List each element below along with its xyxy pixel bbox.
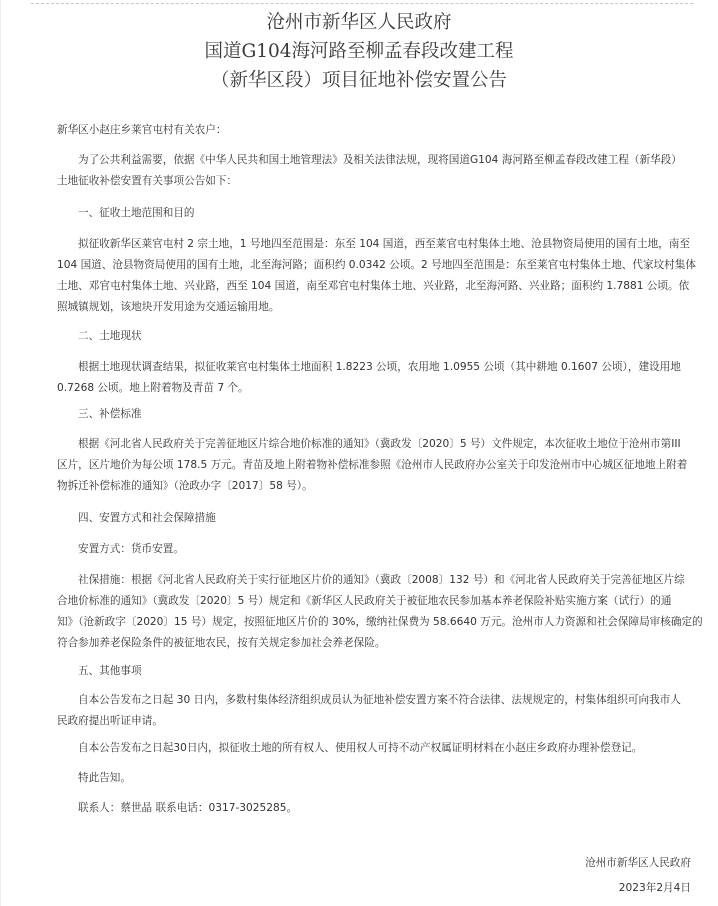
- registration-paragraph: 自本公告发布之日起30日内，拟征收土地的所有权人、使用权人可持不动产权属证明材料…: [57, 738, 693, 759]
- text-line: 照城镇规划，该地块开发用途为交通运输用地。: [57, 297, 693, 318]
- signature-date: 2023年2月4日: [619, 880, 691, 895]
- text-line: 民政府提出听证申请。: [57, 711, 693, 732]
- top-dashed-divider: [31, 3, 693, 4]
- contact-info: 联系人：蔡世晶 联系电话：0317-3025285。: [57, 798, 693, 819]
- text-line: 拟征收新华区莱官屯村 2 宗土地，1 号地四至范围是：东至 104 国道，西至莱…: [57, 234, 693, 255]
- section-4-heading: 四、安置方式和社会保障措施: [57, 508, 693, 529]
- section-1-heading: 一、征收土地范围和目的: [57, 203, 693, 224]
- social-security-paragraph: 社保措施：根据《河北省人民政府关于实行征地区片价的通知》（冀政〔2008〕132…: [57, 570, 693, 654]
- section-3-paragraph: 根据《河北省人民政府关于完善征地区片综合地价标准的通知》（冀政发〔2020〕5 …: [57, 434, 693, 497]
- text-line: 104 国道、沧县物资局使用的国有土地，北至海河路；面积约 0.0342 公顷。…: [57, 255, 693, 276]
- salutation: 新华区小赵庄乡莱官屯村有关农户：: [57, 120, 693, 141]
- text-line: 自本公告发布之日起 30 日内，多数村集体经济组织成员认为征地补偿安置方案不符合…: [57, 690, 693, 711]
- section-1-paragraph: 拟征收新华区莱官屯村 2 宗土地，1 号地四至范围是：东至 104 国道，西至莱…: [57, 234, 693, 318]
- section-3-heading: 三、补偿标准: [57, 404, 693, 425]
- text-line: 土地、邓官屯村集体土地、兴业路，西至 104 国道，南至邓官屯村集体土地、兴业路…: [57, 276, 693, 297]
- text-line: 合地价标准的通知》（冀政发〔2020〕5 号）规定和《新华区人民政府关于被征地农…: [57, 591, 693, 612]
- text-line: 区片，区片地价为每公顷 178.5 万元。青苗及地上附着物补偿标准参照《沧州市人…: [57, 455, 693, 476]
- text-line: 物拆迁补偿标准的通知》（沧政办字〔2017〕58 号）。: [57, 476, 693, 497]
- section-5-heading: 五、其他事项: [57, 661, 693, 682]
- signature-issuer: 沧州市新华区人民政府: [585, 855, 691, 870]
- title-notice: （新华区段）项目征地补偿安置公告: [0, 66, 718, 92]
- text-line: 知》（沧新政字〔2020〕15 号）规定，按照征地区片价的 30%，缴纳社保费为…: [57, 612, 693, 633]
- page-left-border: [0, 0, 1, 906]
- section-2-heading: 二、土地现状: [57, 326, 693, 347]
- text-line: 为了公共利益需要，依据《中华人民共和国土地管理法》及相关法律法规，现将国道G10…: [57, 150, 693, 171]
- resettlement-method: 安置方式：货币安置。: [57, 539, 693, 560]
- text-line: 土地征收补偿安置有关事项公告如下：: [57, 171, 693, 192]
- title-project: 国道G104海河路至柳孟春段改建工程: [0, 37, 718, 63]
- closing-text: 特此告知。: [57, 768, 693, 789]
- text-line: 社保措施：根据《河北省人民政府关于实行征地区片价的通知》（冀政〔2008〕132…: [57, 570, 693, 591]
- text-line: 符合参加养老保险条件的被征地农民，按有关规定参加社会养老保险。: [57, 633, 693, 654]
- section-2-paragraph: 根据土地现状调查结果，拟征收莱官屯村集体土地面积 1.8223 公顷，农用地 1…: [57, 357, 693, 399]
- hearing-paragraph: 自本公告发布之日起 30 日内，多数村集体经济组织成员认为征地补偿安置方案不符合…: [57, 690, 693, 732]
- text-line: 0.7268 公顷。地上附着物及青苗 7 个。: [57, 378, 693, 399]
- title-issuer: 沧州市新华区人民政府: [0, 8, 718, 34]
- intro-paragraph: 为了公共利益需要，依据《中华人民共和国土地管理法》及相关法律法规，现将国道G10…: [57, 150, 693, 192]
- text-line: 根据《河北省人民政府关于完善征地区片综合地价标准的通知》（冀政发〔2020〕5 …: [57, 434, 693, 455]
- text-line: 根据土地现状调查结果，拟征收莱官屯村集体土地面积 1.8223 公顷，农用地 1…: [57, 357, 693, 378]
